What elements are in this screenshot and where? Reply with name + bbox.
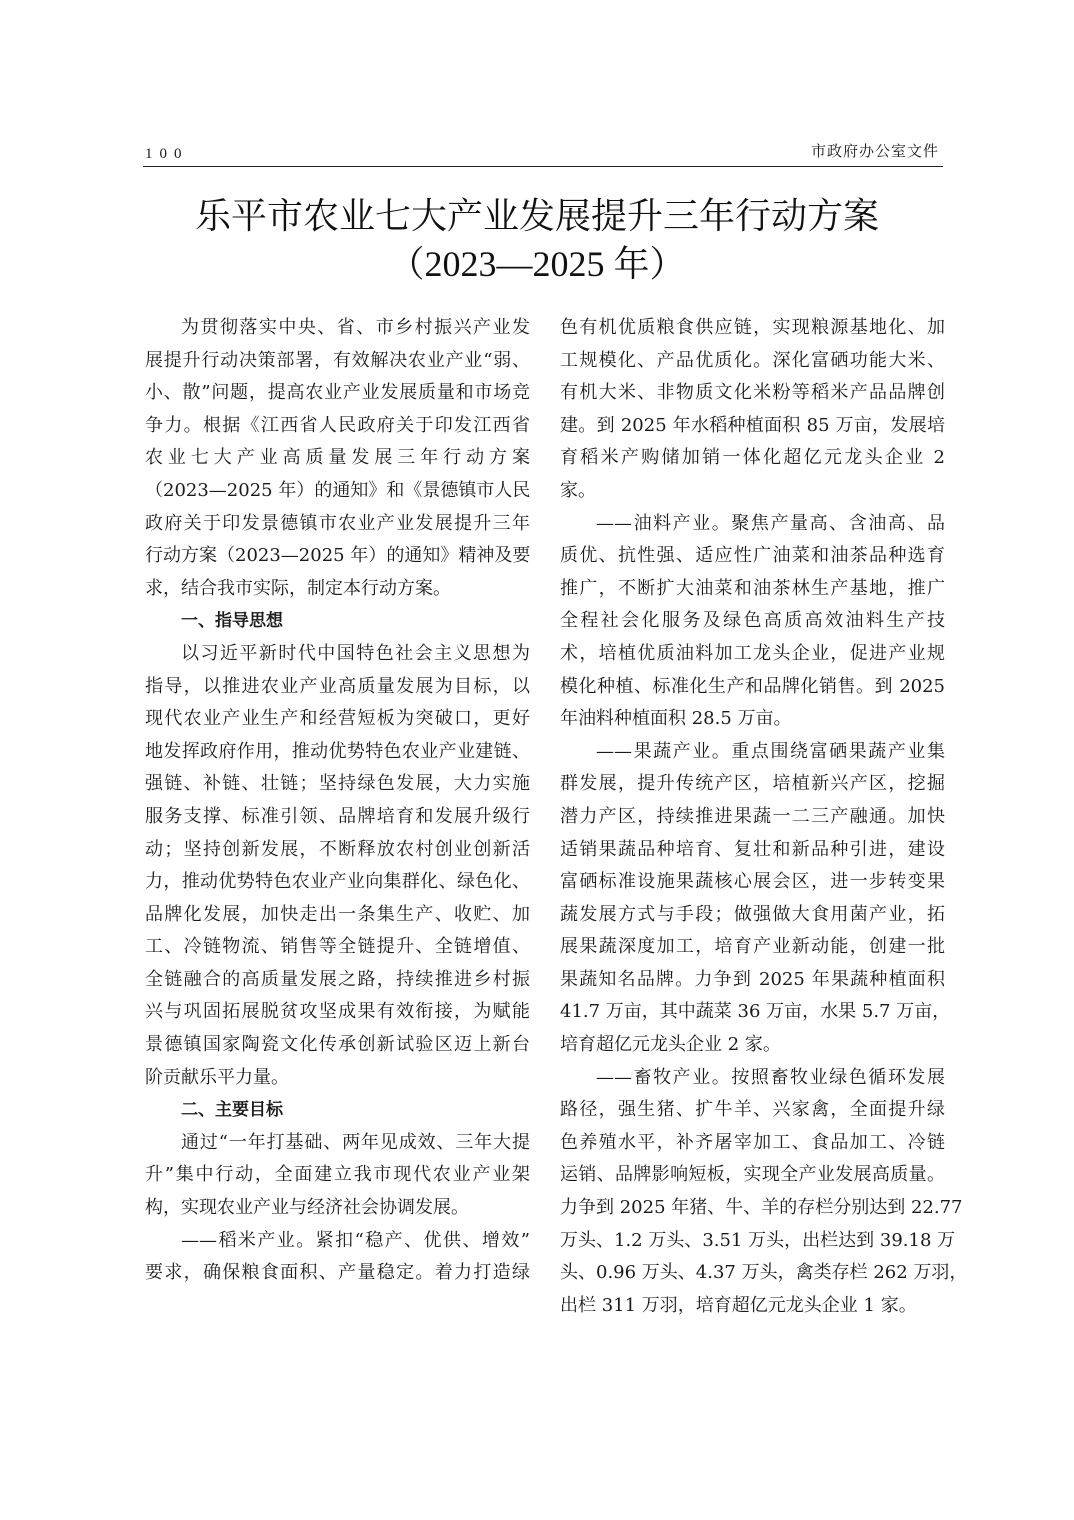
text-line: 小、散”问题，提高农业产业发展质量和市场竞	[145, 377, 530, 410]
text-line: 色有机优质粮食供应链，实现粮源基地化、加	[560, 312, 945, 345]
text-line: 蔬发展方式与手段；做强做大食用菌产业，拓	[560, 899, 945, 932]
text-line: （2023—2025 年）的通知》和《景德镇市人民	[145, 475, 530, 508]
text-line: 争力。根据《江西省人民政府关于印发江西省	[145, 410, 530, 443]
text-line: 力争到 2025 年猪、牛、羊的存栏分别达到 22.77	[560, 1192, 945, 1225]
text-line: 升”集中行动，全面建立我市现代农业产业架	[145, 1159, 530, 1192]
text-line: 头、0.96 万头、4.37 万头，禽类存栏 262 万羽，	[560, 1257, 945, 1290]
text-line: 路径，强生猪、扩牛羊、兴家禽，全面提升绿	[560, 1094, 945, 1127]
text-line: 政府关于印发景德镇市农业产业发展提升三年	[145, 508, 530, 541]
text-line: 富硒标准设施果蔬核心展会区，进一步转变果	[560, 866, 945, 899]
text-line: 行动方案（2023—2025 年）的通知》精神及要	[145, 540, 530, 573]
text-line: 运销、品牌影响短板，实现全产业发展高质量。	[560, 1159, 945, 1192]
page-header: 100 市政府办公室文件	[143, 138, 943, 167]
paragraph-end-line: 出栏 311 万羽，培育超亿元龙头企业 1 家。	[560, 1290, 945, 1323]
right-column: 色有机优质粮食供应链，实现粮源基地化、加工规模化、产品优质化。深化富硒功能大米、…	[560, 312, 945, 1322]
text-line: 服务支撑、标准引领、品牌培育和发展升级行	[145, 801, 530, 834]
text-line: 41.7 万亩，其中蔬菜 36 万亩，水果 5.7 万亩，	[560, 996, 945, 1029]
text-line: 工规模化、产品优质化。深化富硒功能大米、	[560, 345, 945, 378]
paragraph-start-line: 为贯彻落实中央、省、市乡村振兴产业发	[145, 312, 530, 345]
text-line: 全程社会化服务及绿色高质高效油料生产技	[560, 605, 945, 638]
text-line: 农业七大产业高质量发展三年行动方案	[145, 442, 530, 475]
paragraph-end-line: 构，实现农业产业与经济社会协调发展。	[145, 1192, 530, 1225]
paragraph-end-line: 家。	[560, 475, 945, 508]
text-line: 适销果蔬品种培育、复壮和新品种引进，建设	[560, 834, 945, 867]
paragraph-end-line: 求，结合我市实际，制定本行动方案。	[145, 573, 530, 606]
text-line: 模化种植、标准化生产和品牌化销售。到 2025	[560, 671, 945, 704]
text-line: 现代农业产业生产和经营短板为突破口，更好	[145, 703, 530, 736]
text-line: 要求，确保粮食面积、产量稳定。着力打造绿	[145, 1257, 530, 1290]
document-title: 乐平市农业七大产业发展提升三年行动方案	[0, 188, 1074, 239]
text-line: 潜力产区，持续推进果蔬一二三产融通。加快	[560, 801, 945, 834]
paragraph-start-line: ——畜牧产业。按照畜牧业绿色循环发展	[560, 1062, 945, 1095]
text-line: 兴与巩固拓展脱贫攻坚成果有效衔接，为赋能	[145, 996, 530, 1029]
text-line: 工、冷链物流、销售等全链提升、全链增值、	[145, 931, 530, 964]
paragraph-end-line: 年油料种植面积 28.5 万亩。	[560, 703, 945, 736]
text-line: 群发展，提升传统产区，培植新兴产区，挖掘	[560, 768, 945, 801]
text-line: 动；坚持创新发展，不断释放农村创业创新活	[145, 834, 530, 867]
page-number: 100	[145, 146, 189, 163]
section-heading: 一、指导思想	[145, 605, 530, 638]
paragraph-start-line: ——果蔬产业。重点围绕富硒果蔬产业集	[560, 736, 945, 769]
paragraph-end-line: 培育超亿元龙头企业 2 家。	[560, 1029, 945, 1062]
text-line: 强链、补链、壮链；坚持绿色发展，大力实施	[145, 768, 530, 801]
text-line: 展提升行动决策部署，有效解决农业产业“弱、	[145, 345, 530, 378]
text-line: 景德镇国家陶瓷文化传承创新试验区迈上新台	[145, 1029, 530, 1062]
text-line: 术，培植优质油料加工龙头企业，促进产业规	[560, 638, 945, 671]
document-source: 市政府办公室文件	[811, 140, 939, 161]
text-line: 质优、抗性强、适应性广油菜和油茶品种选育	[560, 540, 945, 573]
text-line: 地发挥政府作用，推动优势特色农业产业建链、	[145, 736, 530, 769]
text-line: 推广，不断扩大油菜和油茶林生产基地，推广	[560, 573, 945, 606]
paragraph-start-line: 通过“一年打基础、两年见成效、三年大提	[145, 1127, 530, 1160]
text-line: 力，推动优势特色农业产业向集群化、绿色化、	[145, 866, 530, 899]
section-heading: 二、主要目标	[145, 1094, 530, 1127]
text-line: 育稻米产购储加销一体化超亿元龙头企业 2	[560, 442, 945, 475]
paragraph-end-line: 阶贡献乐平力量。	[145, 1062, 530, 1095]
text-line: 色养殖水平，补齐屠宰加工、食品加工、冷链	[560, 1127, 945, 1160]
text-line: 有机大米、非物质文化米粉等稻米产品品牌创	[560, 377, 945, 410]
paragraph-start-line: 以习近平新时代中国特色社会主义思想为	[145, 638, 530, 671]
document-subtitle: （2023—2025 年）	[0, 236, 1074, 287]
left-column: 为贯彻落实中央、省、市乡村振兴产业发展提升行动决策部署，有效解决农业产业“弱、小…	[145, 312, 530, 1290]
paragraph-start-line: ——稻米产业。紧扣“稳产、优供、增效”	[145, 1225, 530, 1258]
text-line: 品牌化发展，加快走出一条集生产、收贮、加	[145, 899, 530, 932]
text-line: 全链融合的高质量发展之路，持续推进乡村振	[145, 964, 530, 997]
text-line: 建。到 2025 年水稻种植面积 85 万亩，发展培	[560, 410, 945, 443]
text-line: 果蔬知名品牌。力争到 2025 年果蔬种植面积	[560, 964, 945, 997]
text-line: 展果蔬深度加工，培育产业新动能，创建一批	[560, 931, 945, 964]
paragraph-start-line: ——油料产业。聚焦产量高、含油高、品	[560, 508, 945, 541]
text-line: 指导，以推进农业产业高质量发展为目标，以	[145, 671, 530, 704]
text-line: 万头、1.2 万头、3.51 万头，出栏达到 39.18 万	[560, 1225, 945, 1258]
